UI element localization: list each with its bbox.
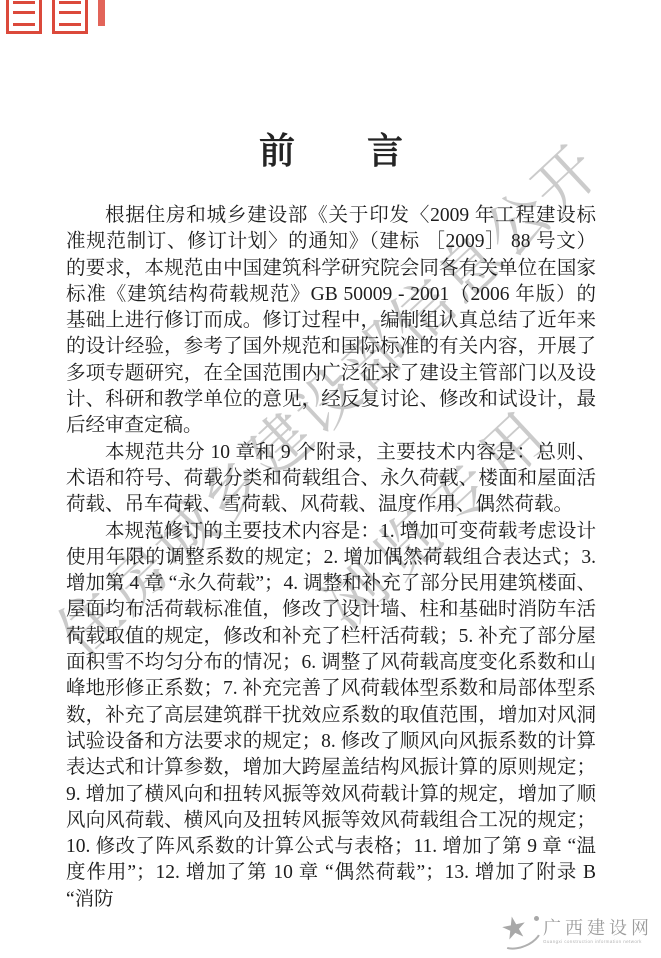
logo-name: 广西建设网 <box>543 918 653 938</box>
paragraph-3: 本规范修订的主要技术内容是：1. 增加可变荷载考虑设计使用年限的调整系数的规定；… <box>66 519 596 913</box>
paragraph-2: 本规范共分 10 章和 9 个附录，主要技术内容是：总则、术语和符号、荷载分类和… <box>66 440 596 519</box>
logo-text-block: 广西建设网 Guangxi construction information n… <box>543 912 653 945</box>
logo-tagline: Guangxi construction information network <box>543 938 653 945</box>
red-stamp-glyph <box>6 0 42 34</box>
page-number: 4 <box>92 858 101 878</box>
site-logo: ★ 广西建设网 Guangxi construction information… <box>499 912 653 950</box>
page-title: 前 言 <box>66 0 596 171</box>
star-icon: ★ <box>498 910 531 949</box>
document-page: 住房城乡建设部信息公开 浏览专用 前 言 根据住房和城乡建设部《关于印发〈200… <box>0 0 661 958</box>
paragraph-1: 根据住房和城乡建设部《关于印发〈2009 年工程建设标准规范制订、修订计划〉的通… <box>66 203 596 440</box>
dot-icon <box>534 916 539 921</box>
document-content: 前 言 根据住房和城乡建设部《关于印发〈2009 年工程建设标准规范制订、修订计… <box>66 0 596 913</box>
star-swoosh-icon: ★ <box>499 912 539 950</box>
